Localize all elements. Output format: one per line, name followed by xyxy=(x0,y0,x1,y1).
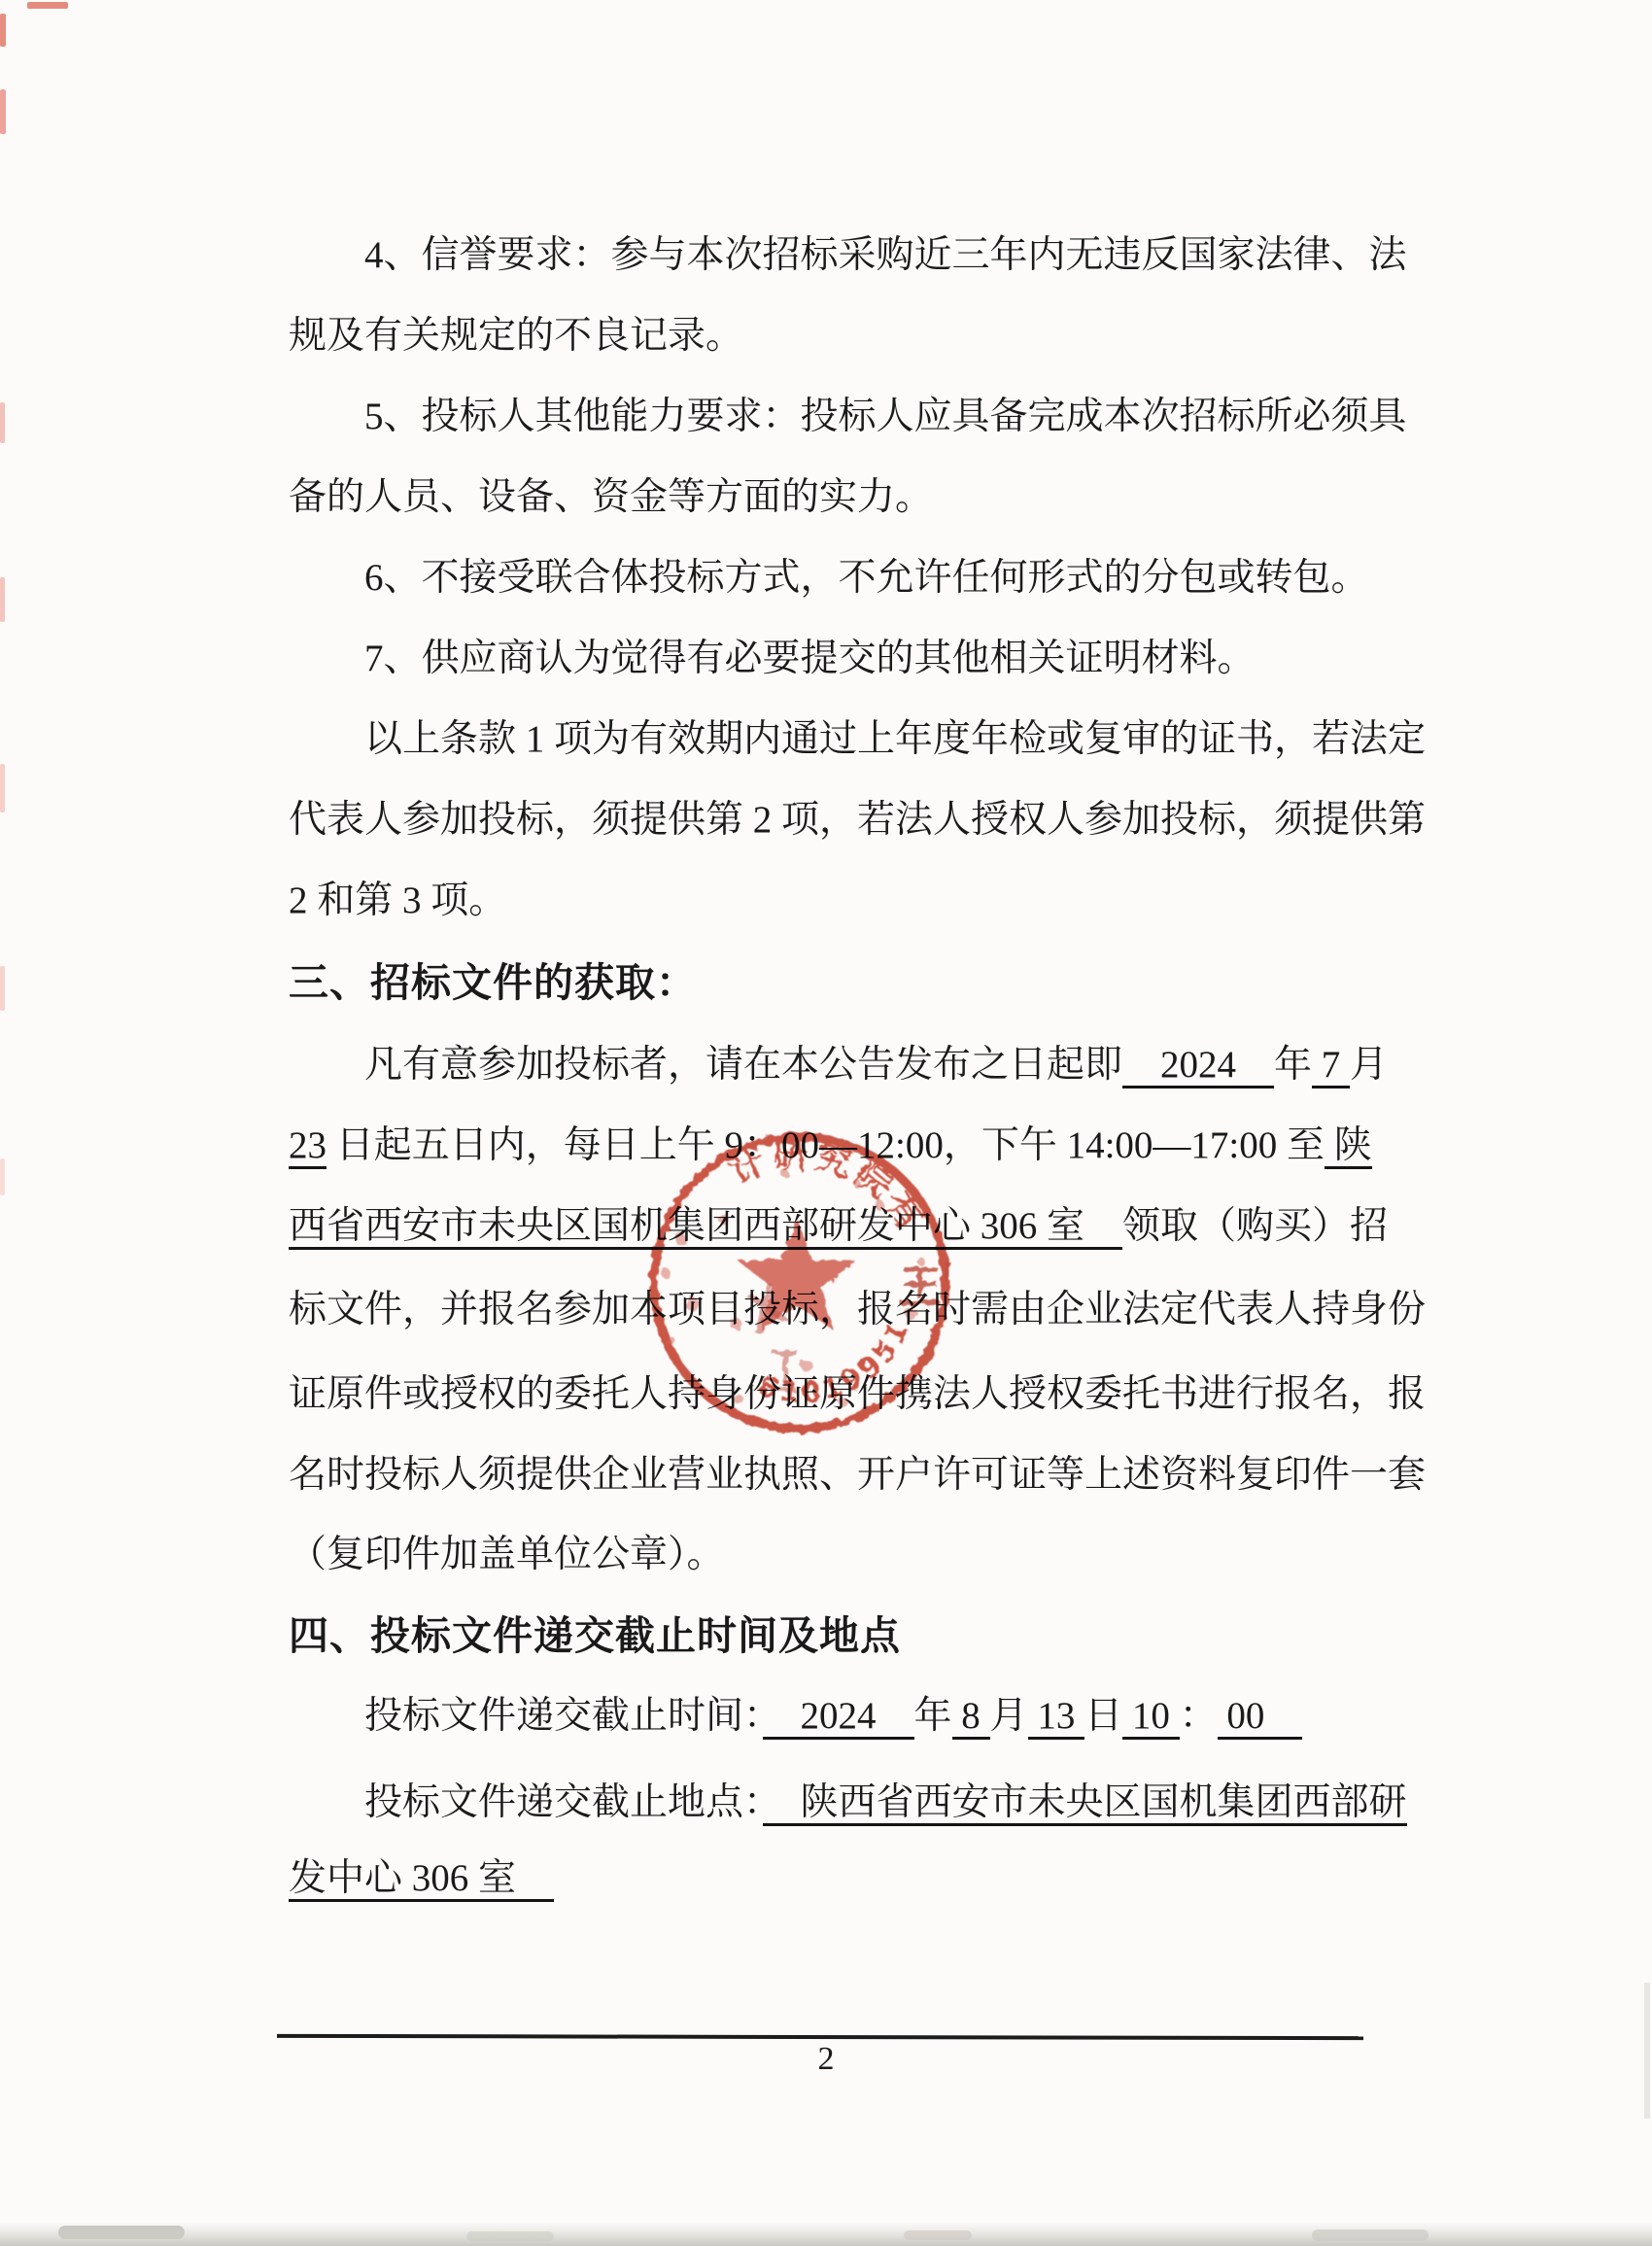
text-run: 以上条款 1 项为有效期内通过上年度年检或复审的证书，若法定 xyxy=(364,718,1426,760)
text-run: 标文件，并报名参加本项目投标，报名时需由企业法定代表人持身份 xyxy=(289,1289,1426,1330)
text-run: 三、招标文件的获取： xyxy=(289,960,697,1005)
scan-artifact xyxy=(0,577,5,622)
text-line: 备的人员、设备、资金等方面的实力。 xyxy=(289,469,933,526)
scan-artifact xyxy=(0,1158,5,1195)
scan-artifact xyxy=(1644,1983,1650,2119)
text-line: 6、不接受联合体投标方式，不允许任何形式的分包或转包。 xyxy=(289,550,1369,606)
footer-divider-line xyxy=(277,2034,1363,2040)
text-run: 规及有关规定的不良记录。 xyxy=(289,315,743,357)
scan-artifact xyxy=(0,89,6,134)
fill-in-blank: 8 xyxy=(952,1695,990,1740)
text-line: 5、投标人其他能力要求：投标人应具备完成本次招标所必须具 xyxy=(289,389,1407,445)
text-run: 日起五日内，每日上午 9：00—12:00，下午 14:00—17:00 至 xyxy=(327,1124,1325,1166)
text-line: 2 和第 3 项。 xyxy=(289,873,506,929)
scan-artifact xyxy=(0,402,5,443)
scan-artifact xyxy=(0,764,5,812)
text-line: 代表人参加投标，须提供第 2 项，若法人授权人参加投标，须提供第 xyxy=(289,792,1426,848)
text-run: 月 xyxy=(990,1695,1028,1737)
text-run: 名时投标人须提供企业营业执照、开户许可证等上述资料复印件一套 xyxy=(289,1454,1426,1496)
text-run: ： xyxy=(1180,1695,1218,1737)
section-heading: 四、投标文件递交截止时间及地点 xyxy=(289,1607,901,1664)
text-line: 以上条款 1 项为有效期内通过上年度年检或复审的证书，若法定 xyxy=(289,711,1426,768)
scan-artifact xyxy=(27,2,68,9)
document-page: 4、信誉要求：参与本次招标采购近三年内无违反国家法律、法规及有关规定的不良记录。… xyxy=(0,0,1652,2246)
fill-in-blank: 发中心 306 室 xyxy=(289,1857,554,1902)
fill-in-blank: 7 xyxy=(1312,1044,1350,1088)
text-run: 凡有意参加投标者，请在本公告发布之日起即 xyxy=(364,1044,1122,1086)
text-line: 标文件，并报名参加本项目投标，报名时需由企业法定代表人持身份 xyxy=(289,1282,1426,1338)
text-line: 投标文件递交截止地点： 陕西省西安市未央区国机集团西部研 xyxy=(289,1775,1407,1831)
text-run: 投标文件递交截止地点： xyxy=(364,1781,763,1823)
text-line: 名时投标人须提供企业营业执照、开户许可证等上述资料复印件一套 xyxy=(289,1447,1426,1503)
fill-in-blank: 2024 xyxy=(1122,1044,1274,1088)
fill-in-blank: 10 xyxy=(1122,1695,1180,1740)
text-run: 年 xyxy=(1274,1044,1312,1086)
fill-in-blank: 2024 xyxy=(763,1695,914,1740)
text-line: 4、信誉要求：参与本次招标采购近三年内无违反国家法律、法 xyxy=(289,227,1407,284)
fill-in-blank: 陕西省西安市未央区国机集团西部研 xyxy=(763,1781,1407,1826)
text-line: 证原件或授权的委托人持身份证原件携法人授权委托书进行报名，报 xyxy=(289,1366,1426,1423)
text-run: 证原件或授权的委托人持身份证原件携法人授权委托书进行报名，报 xyxy=(289,1373,1426,1415)
text-run: 日 xyxy=(1084,1695,1122,1737)
text-line: 西省西安市未央区国机集团西部研发中心 306 室 领取（购买）招 xyxy=(289,1198,1388,1255)
text-run: 备的人员、设备、资金等方面的实力。 xyxy=(289,476,933,518)
text-run: 四、投标文件递交截止时间及地点 xyxy=(289,1613,901,1658)
fill-in-blank: 13 xyxy=(1028,1695,1085,1740)
fill-in-blank: 00 xyxy=(1218,1695,1303,1740)
scan-artifact xyxy=(0,966,5,1011)
text-run: 代表人参加投标，须提供第 2 项，若法人授权人参加投标，须提供第 xyxy=(289,799,1426,841)
fill-in-blank: 23 xyxy=(289,1124,327,1169)
page-number: 2 xyxy=(0,2041,1652,2078)
section-heading: 三、招标文件的获取： xyxy=(289,954,697,1011)
text-line: 7、供应商认为觉得有必要提交的其他相关证明材料。 xyxy=(289,631,1256,687)
text-run: 5、投标人其他能力要求：投标人应具备完成本次招标所必须具 xyxy=(364,396,1407,437)
text-run: 领取（购买）招 xyxy=(1122,1205,1388,1247)
scan-edge-bottom xyxy=(0,2223,1652,2246)
scan-artifact xyxy=(0,14,6,47)
text-run: 2 和第 3 项。 xyxy=(289,880,506,921)
text-line: 投标文件递交截止时间： 2024 年 8 月 13 日 10 ： 00 xyxy=(289,1688,1302,1745)
text-line: 23 日起五日内，每日上午 9：00—12:00，下午 14:00—17:00 … xyxy=(289,1118,1372,1174)
text-run: 月 xyxy=(1350,1044,1388,1086)
text-run: 7、供应商认为觉得有必要提交的其他相关证明材料。 xyxy=(364,638,1256,679)
text-line: 发中心 306 室 xyxy=(289,1850,554,1907)
text-line: 凡有意参加投标者，请在本公告发布之日起即 2024 年 7 月 xyxy=(289,1037,1388,1093)
text-line: （复印件加盖单位公章）。 xyxy=(289,1527,725,1583)
text-run: 投标文件递交截止时间： xyxy=(364,1695,763,1737)
text-line: 规及有关规定的不良记录。 xyxy=(289,308,743,364)
text-run: 6、不接受联合体投标方式，不允许任何形式的分包或转包。 xyxy=(364,557,1369,599)
fill-in-blank: 西省西安市未央区国机集团西部研发中心 306 室 xyxy=(289,1205,1122,1250)
text-run: 年 xyxy=(914,1695,952,1737)
text-run: （复印件加盖单位公章）。 xyxy=(289,1534,725,1575)
fill-in-blank: 陕 xyxy=(1325,1124,1372,1169)
text-run: 4、信誉要求：参与本次招标采购近三年内无违反国家法律、法 xyxy=(364,234,1407,276)
